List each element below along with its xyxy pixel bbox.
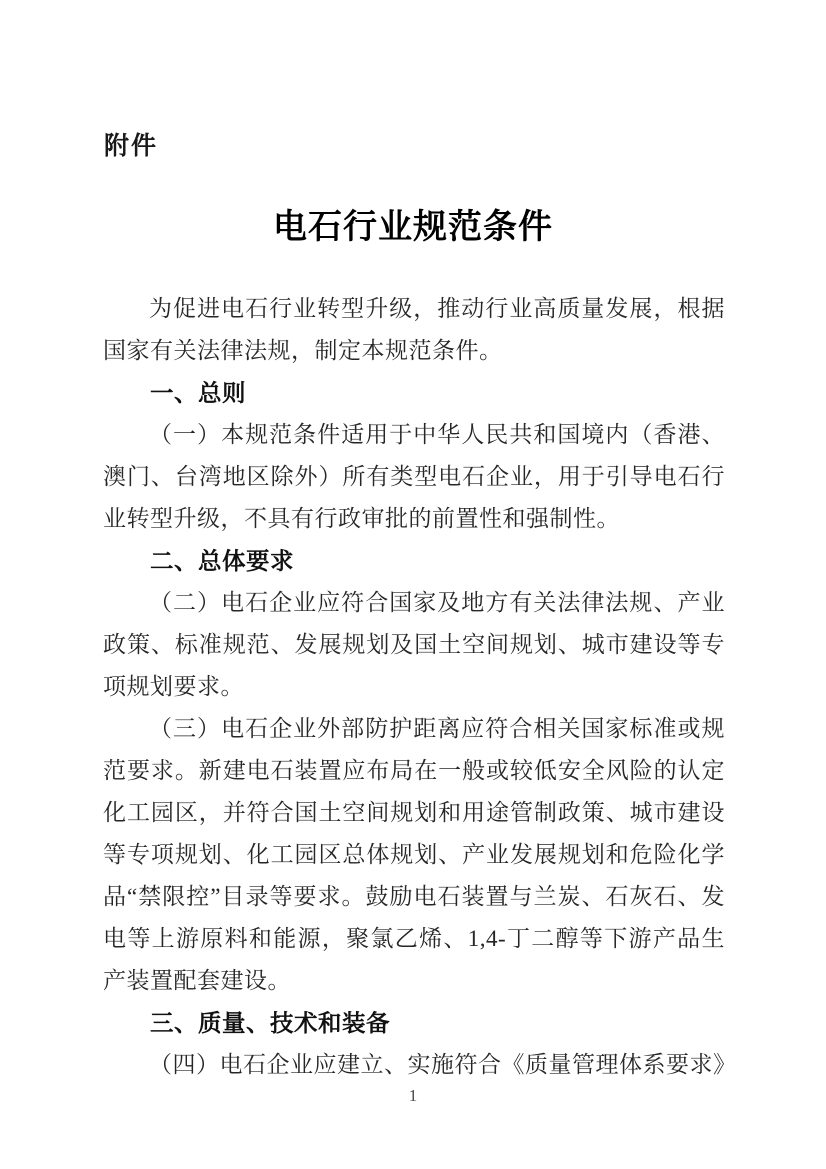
page-number: 1 — [0, 1086, 826, 1106]
document-body: 为促进电石行业转型升级，推动行业高质量发展，根据国家有关法律法规，制定本规范条件… — [103, 288, 725, 1086]
section-heading-general-rules: 一、总则 — [103, 372, 725, 414]
attachment-label: 附件 — [104, 126, 158, 162]
section-heading-quality-tech-equipment: 三、质量、技术和装备 — [103, 1002, 725, 1044]
intro-paragraph: 为促进电石行业转型升级，推动行业高质量发展，根据国家有关法律法规，制定本规范条件… — [103, 288, 725, 372]
clause-4-paragraph: （四）电石企业应建立、实施符合《质量管理体系要求》 — [103, 1044, 725, 1086]
section-heading-overall-requirements: 二、总体要求 — [103, 540, 725, 582]
clause-3-paragraph: （三）电石企业外部防护距离应符合相关国家标准或规范要求。新建电石装置应布局在一般… — [103, 708, 725, 1002]
document-title: 电石行业规范条件 — [0, 199, 826, 248]
document-page: 附件 电石行业规范条件 为促进电石行业转型升级，推动行业高质量发展，根据国家有关… — [0, 0, 826, 1169]
clause-1-paragraph: （一）本规范条件适用于中华人民共和国境内（香港、澳门、台湾地区除外）所有类型电石… — [103, 414, 725, 540]
clause-2-paragraph: （二）电石企业应符合国家及地方有关法律法规、产业政策、标准规范、发展规划及国土空… — [103, 582, 725, 708]
